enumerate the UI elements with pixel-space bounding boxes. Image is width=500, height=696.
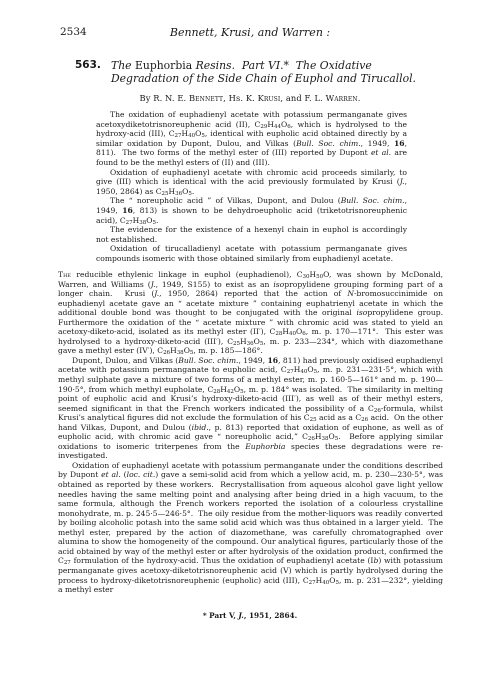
abstract-paragraph: The “ noreupholic acid ” of Vilkas, Dupo… (96, 196, 407, 225)
running-header: 2534 Bennett, Krusi, and Warren : (60, 26, 440, 42)
body-paragraph: Dupont, Dulou, and Vilkas (Bull. Soc. ch… (58, 356, 443, 461)
abstract-paragraph: Oxidation of tirucalladienyl acetate wit… (96, 244, 407, 263)
article-title-block: 563. The Euphorbia Resins. Part VI.* The… (75, 59, 430, 85)
body-paragraph: The reducible ethylenic linkage in eupho… (58, 270, 443, 356)
body-paragraph: Oxidation of euphadienyl acetate with po… (58, 461, 443, 595)
footnote: * Part V, J., 1951, 2864. (0, 611, 500, 620)
abstract: The oxidation of euphadienyl acetate wit… (96, 110, 407, 264)
article-body: The reducible ethylenic linkage in eupho… (58, 270, 443, 595)
running-title: Bennett, Krusi, and Warren : (60, 26, 440, 39)
abstract-paragraph: Oxidation of euphadienyl acetate with ch… (96, 168, 407, 197)
abstract-paragraph: The evidence for the existence of a hexe… (96, 225, 407, 244)
abstract-paragraph: The oxidation of euphadienyl acetate wit… (96, 110, 407, 168)
journal-page: 2534 Bennett, Krusi, and Warren : 563. T… (0, 0, 500, 696)
article-title: The Euphorbia Resins. Part VI.* The Oxid… (111, 59, 430, 85)
article-number: 563. (75, 59, 101, 71)
author-byline: By R. N. E. Bennett, Hs. K. Krusi, and F… (0, 93, 500, 103)
